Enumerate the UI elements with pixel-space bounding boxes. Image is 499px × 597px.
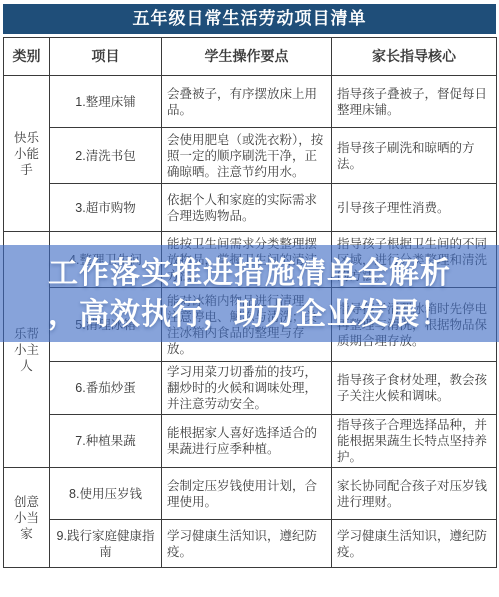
student-points-cell: 会使用肥皂（或洗衣粉），按照一定的顺序刷洗干净，正确晾晒。注意节约用水。 bbox=[162, 128, 332, 184]
project-cell: 8.使用压岁钱 bbox=[50, 468, 162, 520]
student-points-cell: 能按卫生间需求分类整理摆放物品，掌握卫生间的清洁方法。 bbox=[162, 232, 332, 288]
project-cell: 9.践行家庭健康指南 bbox=[50, 520, 162, 568]
header-row: 类别 项目 学生操作要点 家长指导核心 bbox=[4, 38, 497, 76]
table-row: 5.清理冰箱 能对冰箱内物品进行清理，注意停电、解冻与清洗；关注冰箱内食品的整理… bbox=[4, 288, 497, 362]
table-wrapper: 五年级日常生活劳动项目清单 类别 项目 学生操作要点 家长指导核心 快乐 小能手… bbox=[0, 0, 499, 571]
table-row: 2.清洗书包 会使用肥皂（或洗衣粉），按照一定的顺序刷洗干净，正确晾晒。注意节约… bbox=[4, 128, 497, 184]
table-row: 创意 小当家 8.使用压岁钱 会制定压岁钱使用计划，合理使用。 家长协同配合孩子… bbox=[4, 468, 497, 520]
student-points-cell: 能根据家人喜好选择适合的果蔬进行应季种植。 bbox=[162, 415, 332, 468]
parent-guidance-cell: 指导孩子合理选择品种，并能根据果蔬生长特点坚持养护。 bbox=[332, 415, 497, 468]
student-points-cell: 学习健康生活知识，遵纪防疫。 bbox=[162, 520, 332, 568]
student-points-cell: 学习用菜刀切番茄的技巧，翻炒时的火候和调味处理，并注意劳动安全。 bbox=[162, 362, 332, 415]
student-points-cell: 能对冰箱内物品进行清理，注意停电、解冻与清洗；关注冰箱内食品的整理与存放。 bbox=[162, 288, 332, 362]
parent-guidance-cell: 指导孩子刷洗和晾晒的方法。 bbox=[332, 128, 497, 184]
project-cell: 1.整理床铺 bbox=[50, 76, 162, 128]
table-row: 7.种植果蔬 能根据家人喜好选择适合的果蔬进行应季种植。 指导孩子合理选择品种，… bbox=[4, 415, 497, 468]
col-header-parent: 家长指导核心 bbox=[332, 38, 497, 76]
parent-guidance-cell: 指导孩子食材处理，教会孩子关注火候和调味。 bbox=[332, 362, 497, 415]
category-cell-group3: 创意 小当家 bbox=[4, 468, 50, 568]
parent-guidance-cell: 家长协同配合孩子对压岁钱进行理财。 bbox=[332, 468, 497, 520]
col-header-student: 学生操作要点 bbox=[162, 38, 332, 76]
category-cell-group2: 乐帮 小主人 bbox=[4, 232, 50, 468]
table-row: 乐帮 小主人 4.整理卫生间 能按卫生间需求分类整理摆放物品，掌握卫生间的清洁方… bbox=[4, 232, 497, 288]
parent-guidance-cell: 指导孩子根据卫生间的不同区域，进行分类整理和清洗的方法。 bbox=[332, 232, 497, 288]
project-cell: 5.清理冰箱 bbox=[50, 288, 162, 362]
table-row: 9.践行家庭健康指南 学习健康生活知识，遵纪防疫。 学习健康生活知识，遵纪防疫。 bbox=[4, 520, 497, 568]
table-row: 6.番茄炒蛋 学习用菜刀切番茄的技巧，翻炒时的火候和调味处理，并注意劳动安全。 … bbox=[4, 362, 497, 415]
category-cell-group1: 快乐 小能手 bbox=[4, 76, 50, 232]
table-row: 快乐 小能手 1.整理床铺 会叠被子，有序摆放床上用品。 指导孩子叠被子，督促每… bbox=[4, 76, 497, 128]
table-row: 3.超市购物 依据个人和家庭的实际需求合理选购物品。 引导孩子理性消费。 bbox=[4, 184, 497, 232]
col-header-project: 项目 bbox=[50, 38, 162, 76]
parent-guidance-cell: 学习健康生活知识，遵纪防疫。 bbox=[332, 520, 497, 568]
parent-guidance-cell: 指导孩子叠被子，督促每日整理床铺。 bbox=[332, 76, 497, 128]
project-cell: 7.种植果蔬 bbox=[50, 415, 162, 468]
project-cell: 3.超市购物 bbox=[50, 184, 162, 232]
page: 五年级日常生活劳动项目清单 类别 项目 学生操作要点 家长指导核心 快乐 小能手… bbox=[0, 0, 499, 597]
student-points-cell: 依据个人和家庭的实际需求合理选购物品。 bbox=[162, 184, 332, 232]
parent-guidance-cell: 引导孩子理性消费。 bbox=[332, 184, 497, 232]
student-points-cell: 会叠被子，有序摆放床上用品。 bbox=[162, 76, 332, 128]
project-cell: 2.清洗书包 bbox=[50, 128, 162, 184]
project-cell: 6.番茄炒蛋 bbox=[50, 362, 162, 415]
page-title: 五年级日常生活劳动项目清单 bbox=[3, 4, 496, 34]
col-header-category: 类别 bbox=[4, 38, 50, 76]
parent-guidance-cell: 指导孩子清理冰箱时先停电再整理与清洗，根据物品保质期合理存放。 bbox=[332, 288, 497, 362]
labor-project-table: 类别 项目 学生操作要点 家长指导核心 快乐 小能手 1.整理床铺 会叠被子，有… bbox=[3, 37, 497, 568]
student-points-cell: 会制定压岁钱使用计划，合理使用。 bbox=[162, 468, 332, 520]
project-cell: 4.整理卫生间 bbox=[50, 232, 162, 288]
